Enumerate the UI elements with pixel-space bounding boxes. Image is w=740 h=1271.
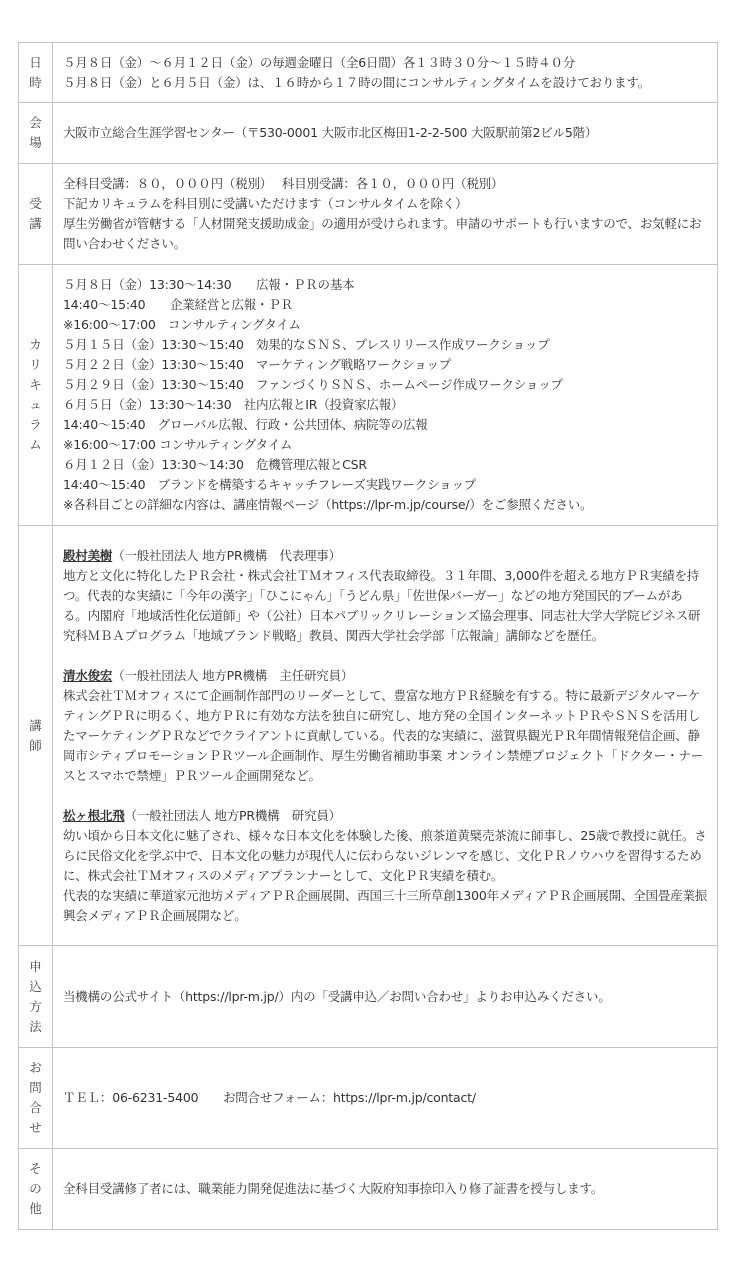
curriculum-item: ※16:00～17:00 コンサルティングタイム bbox=[63, 435, 707, 455]
row-instructor: 講 師 殿村美樹（一般社団法人 地方PR機構 代表理事） 地方と文化に特化したＰ… bbox=[19, 526, 718, 946]
certificate-note: 全科目受講修了者には、職業能力開発促進法に基づく大阪府知事捺印入り修了証書を授与… bbox=[63, 1179, 707, 1199]
instructor-title: （一般社団法人 地方PR機構 主任研究員） bbox=[112, 668, 353, 683]
instructor-title: （一般社団法人 地方PR機構 研究員） bbox=[125, 808, 341, 823]
curriculum-item: ５月２２日（金）13:30～15:40 マーケティング戦略ワークショップ bbox=[63, 355, 707, 375]
instructor-name: 殿村美樹 bbox=[63, 548, 112, 563]
instructor-title: （一般社団法人 地方PR機構 代表理事） bbox=[112, 548, 341, 563]
course-info-table: 日 時 ５月８日（金）～６月１２日（金）の毎週金曜日（全6日間）各１３時３０分～… bbox=[18, 42, 718, 1230]
fee-line: 厚生労働省が管轄する「人材開発支援助成金」の適用が受けられます。申請のサポートも… bbox=[63, 214, 707, 254]
instructor-bio: 幼い頃から日本文化に魅了され、様々な日本文化を体験した後、煎茶道黄檗売茶流に師事… bbox=[63, 826, 707, 886]
curriculum-item: ６月５日（金）13:30～14:30 社内広報とIR（投資家広報） bbox=[63, 395, 707, 415]
label-curriculum: カ リ キ ュ ラ ム bbox=[19, 265, 53, 526]
content-application-method: 当機構の公式サイト（https://lpr-m.jp/）内の「受講申込／お問い合… bbox=[53, 946, 718, 1048]
fee-line: 全科目受講：８０，０００円（税別） 科目別受講：各１０，０００円（税別） bbox=[63, 174, 707, 194]
curriculum-item: ６月１２日（金）13:30～14:30 危機管理広報とCSR bbox=[63, 455, 707, 475]
content-contact: ＴＥＬ：06-6231-5400 お問合せフォーム：https://lpr-m.… bbox=[53, 1048, 718, 1149]
label-other: そ の 他 bbox=[19, 1149, 53, 1230]
instructor-name: 清水俊宏 bbox=[63, 668, 112, 683]
content-curriculum: ５月８日（金）13:30～14:30 広報・ＰＲの基本 14:40～15:40 … bbox=[53, 265, 718, 526]
content-instructor: 殿村美樹（一般社団法人 地方PR機構 代表理事） 地方と文化に特化したＰＲ会社・… bbox=[53, 526, 718, 946]
label-datetime: 日 時 bbox=[19, 43, 53, 103]
row-fee: 受 講 全科目受講：８０，０００円（税別） 科目別受講：各１０，０００円（税別）… bbox=[19, 164, 718, 265]
instructor-profile: 松ヶ根北飛（一般社団法人 地方PR機構 研究員） 幼い頃から日本文化に魅了され、… bbox=[63, 806, 707, 926]
instructor-profile: 殿村美樹（一般社団法人 地方PR機構 代表理事） 地方と文化に特化したＰＲ会社・… bbox=[63, 546, 707, 646]
contact-info: ＴＥＬ：06-6231-5400 お問合せフォーム：https://lpr-m.… bbox=[63, 1088, 707, 1108]
label-fee: 受 講 bbox=[19, 164, 53, 265]
instructor-bio-achievements: 代表的な実績に華道家元池坊メディアＰＲ企画展開、西国三十三所草創1300年メディ… bbox=[63, 886, 707, 926]
row-curriculum: カ リ キ ュ ラ ム ５月８日（金）13:30～14:30 広報・ＰＲの基本 … bbox=[19, 265, 718, 526]
curriculum-item: 14:40～15:40 企業経営と広報・ＰＲ bbox=[63, 295, 707, 315]
label-venue: 会 場 bbox=[19, 103, 53, 164]
venue-address: 大阪市立総合生涯学習センター（〒530-0001 大阪市北区梅田1-2-2-50… bbox=[63, 123, 707, 143]
row-application-method: 申 込 方 法 当機構の公式サイト（https://lpr-m.jp/）内の「受… bbox=[19, 946, 718, 1048]
content-other: 全科目受講修了者には、職業能力開発促進法に基づく大阪府知事捺印入り修了証書を授与… bbox=[53, 1149, 718, 1230]
row-contact: お 問 合 せ ＴＥＬ：06-6231-5400 お問合せフォーム：https:… bbox=[19, 1048, 718, 1149]
content-fee: 全科目受講：８０，０００円（税別） 科目別受講：各１０，０００円（税別） 下記カ… bbox=[53, 164, 718, 265]
label-application-method: 申 込 方 法 bbox=[19, 946, 53, 1048]
datetime-line: ５月８日（金）と６月５日（金）は、１６時から１７時の間にコンサルティングタイムを… bbox=[63, 73, 707, 93]
content-datetime: ５月８日（金）～６月１２日（金）の毎週金曜日（全6日間）各１３時３０分～１５時４… bbox=[53, 43, 718, 103]
fee-line: 下記カリキュラムを科目別に受講いただけます（コンサルタイムを除く） bbox=[63, 194, 707, 214]
row-other: そ の 他 全科目受講修了者には、職業能力開発促進法に基づく大阪府知事捺印入り修… bbox=[19, 1149, 718, 1230]
instructor-profile: 清水俊宏（一般社団法人 地方PR機構 主任研究員） 株式会社ＴＭオフィスにて企画… bbox=[63, 666, 707, 786]
curriculum-item: ５月１５日（金）13:30～15:40 効果的なＳＮＳ、プレスリリース作成ワーク… bbox=[63, 335, 707, 355]
instructor-name: 松ヶ根北飛 bbox=[63, 808, 125, 823]
content-venue: 大阪市立総合生涯学習センター（〒530-0001 大阪市北区梅田1-2-2-50… bbox=[53, 103, 718, 164]
instructor-bio: 地方と文化に特化したＰＲ会社・株式会社ＴＭオフィス代表取締役。３１年間、3,00… bbox=[63, 566, 707, 646]
curriculum-note: ※各科目ごとの詳細な内容は、講座情報ページ（https://lpr-m.jp/c… bbox=[63, 495, 707, 515]
curriculum-item: ※16:00～17:00 コンサルティングタイム bbox=[63, 315, 707, 335]
row-venue: 会 場 大阪市立総合生涯学習センター（〒530-0001 大阪市北区梅田1-2-… bbox=[19, 103, 718, 164]
curriculum-item: ５月８日（金）13:30～14:30 広報・ＰＲの基本 bbox=[63, 275, 707, 295]
row-datetime: 日 時 ５月８日（金）～６月１２日（金）の毎週金曜日（全6日間）各１３時３０分～… bbox=[19, 43, 718, 103]
label-contact: お 問 合 せ bbox=[19, 1048, 53, 1149]
curriculum-item: 14:40～15:40 グローバル広報、行政・公共団体、病院等の広報 bbox=[63, 415, 707, 435]
curriculum-item: 14:40～15:40 ブランドを構築するキャッチフレーズ実践ワークショップ bbox=[63, 475, 707, 495]
curriculum-item: ５月２９日（金）13:30～15:40 ファンづくりＳＮＳ、ホームページ作成ワー… bbox=[63, 375, 707, 395]
label-instructor: 講 師 bbox=[19, 526, 53, 946]
datetime-line: ５月８日（金）～６月１２日（金）の毎週金曜日（全6日間）各１３時３０分～１５時４… bbox=[63, 53, 707, 73]
instructor-bio: 株式会社ＴＭオフィスにて企画制作部門のリーダーとして、豊富な地方ＰＲ経験を有する… bbox=[63, 686, 707, 786]
application-instructions: 当機構の公式サイト（https://lpr-m.jp/）内の「受講申込／お問い合… bbox=[63, 987, 707, 1007]
